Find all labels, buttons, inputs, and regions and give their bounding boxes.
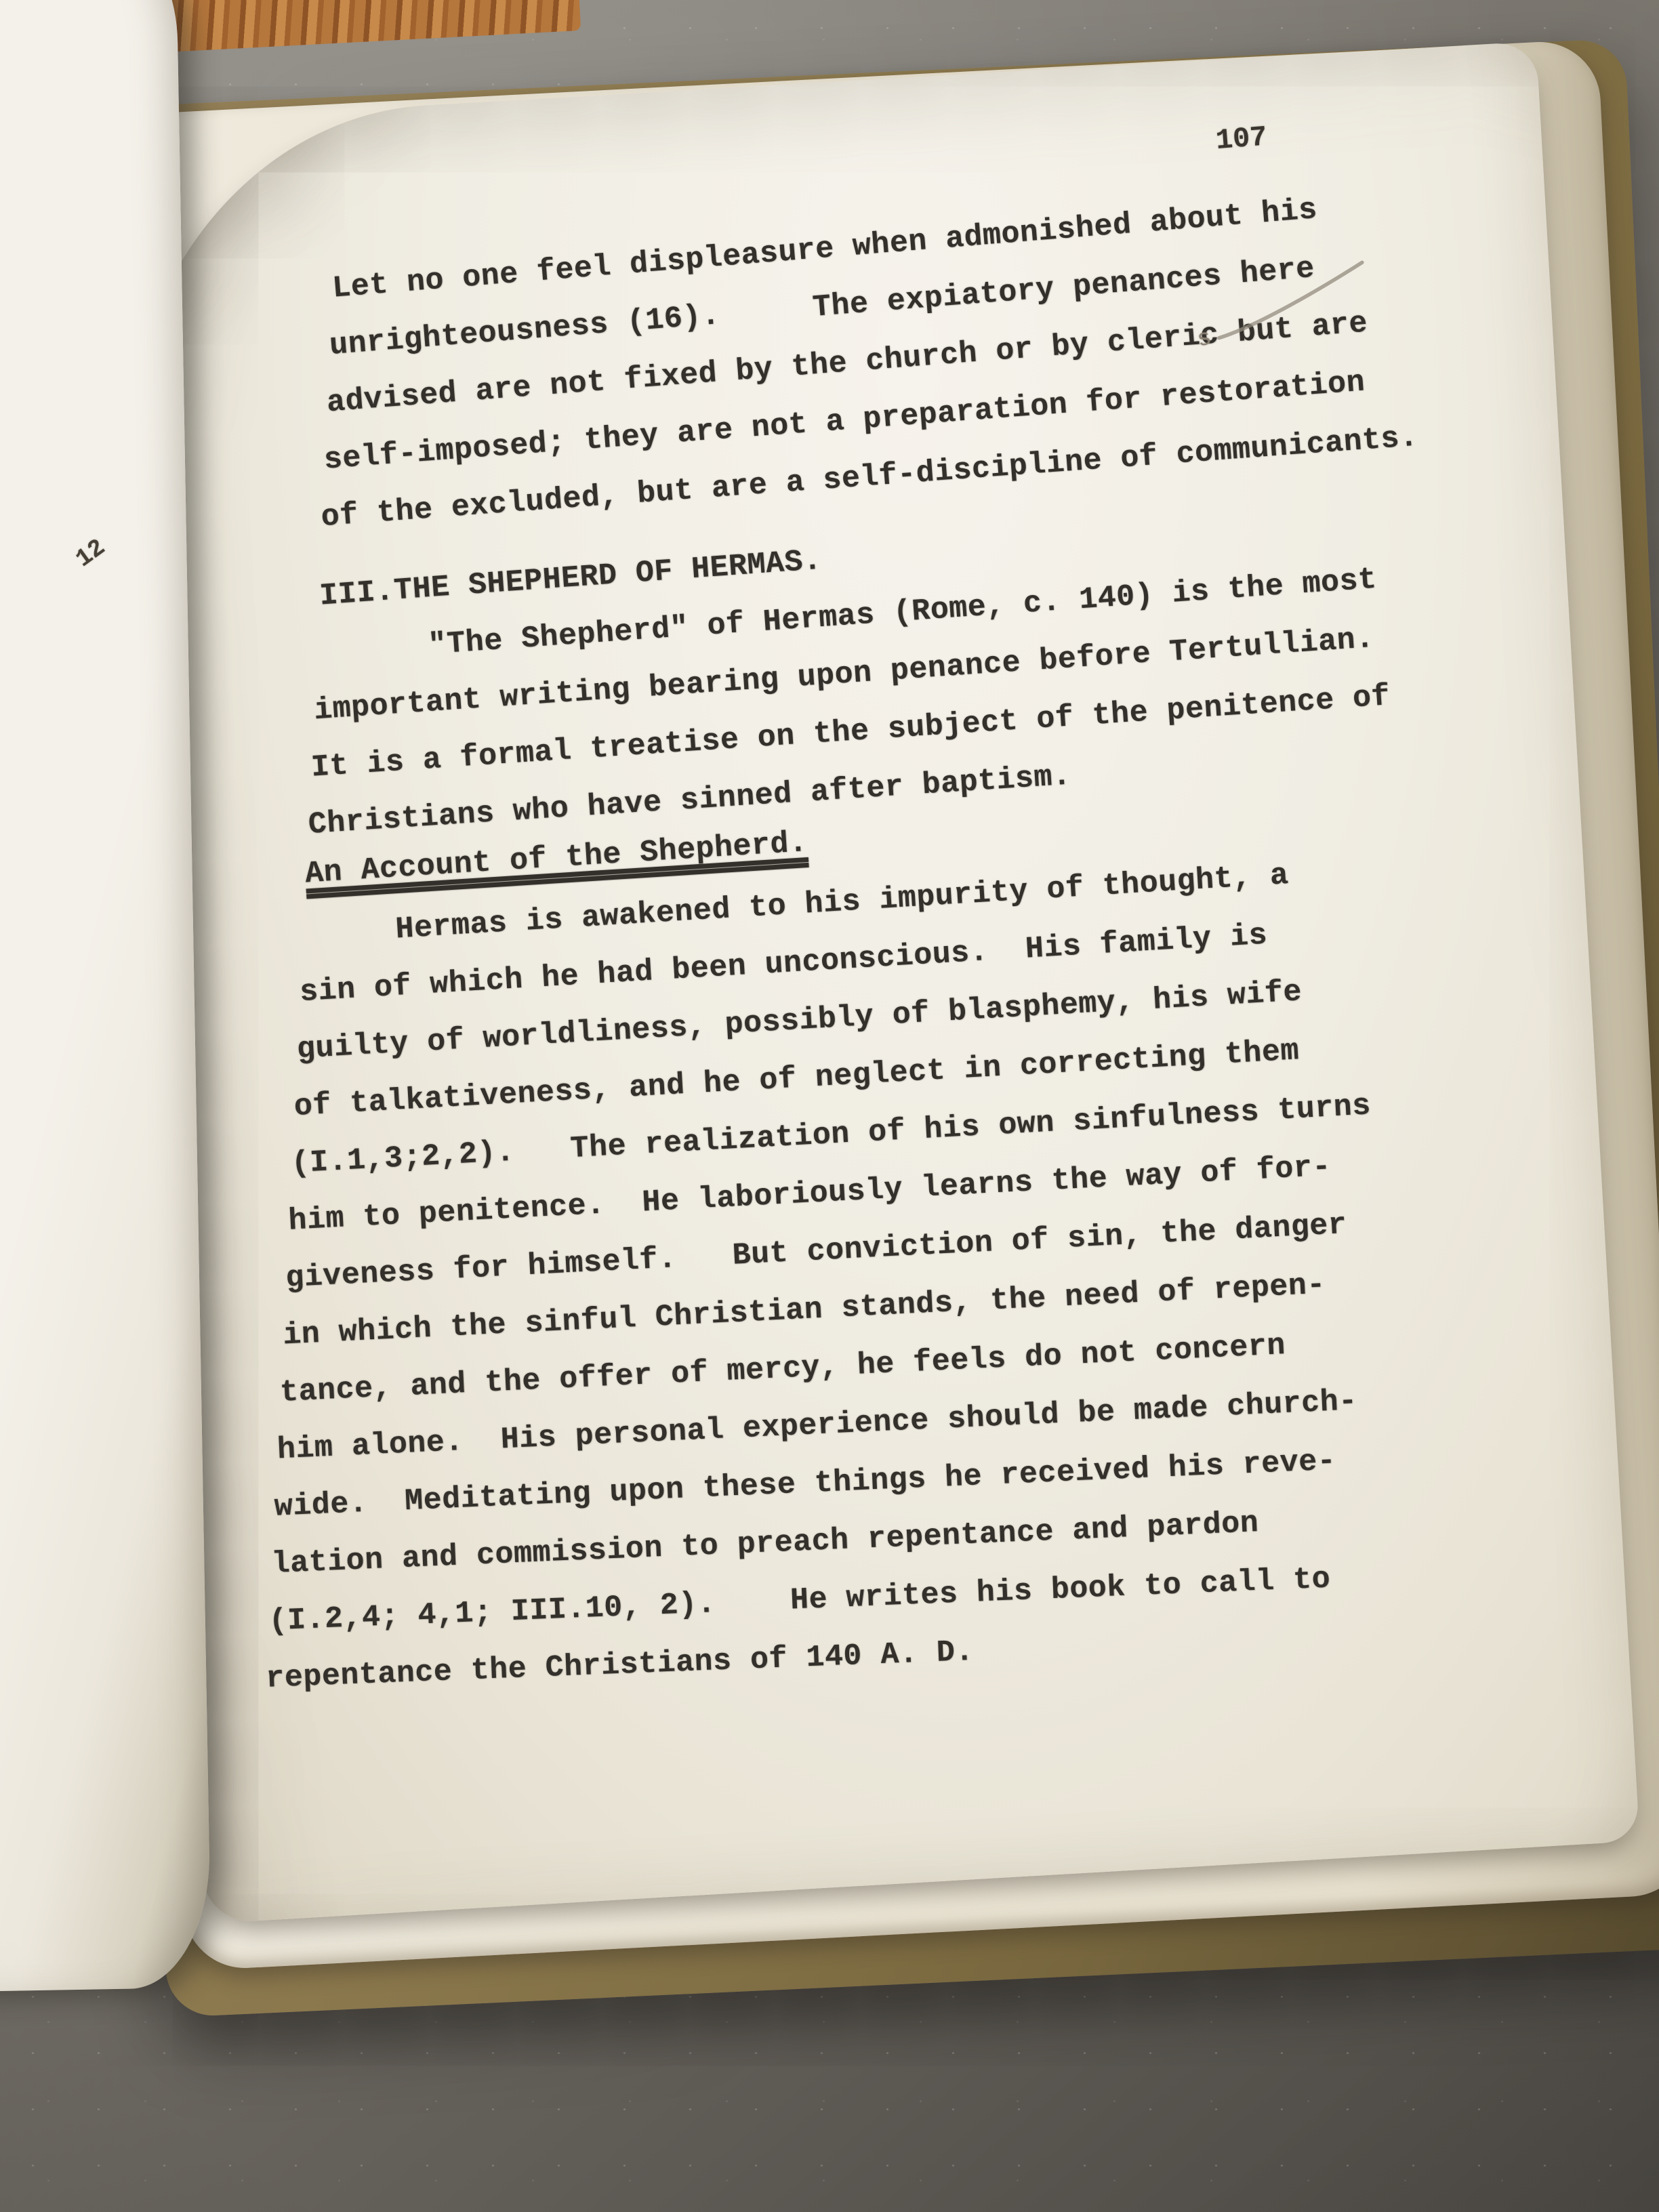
typed-text-block: Let no one feel displeasure when admonis… (331, 194, 1578, 1699)
manuscript-page: 107 Let no one feel displeasure when adm… (102, 41, 1640, 1924)
left-page-stack (0, 0, 211, 1992)
page-number: 107 (1214, 121, 1268, 157)
pencil-stroke-mark (1210, 258, 1373, 345)
photo-scene: 107 Let no one feel displeasure when adm… (0, 0, 1659, 2212)
